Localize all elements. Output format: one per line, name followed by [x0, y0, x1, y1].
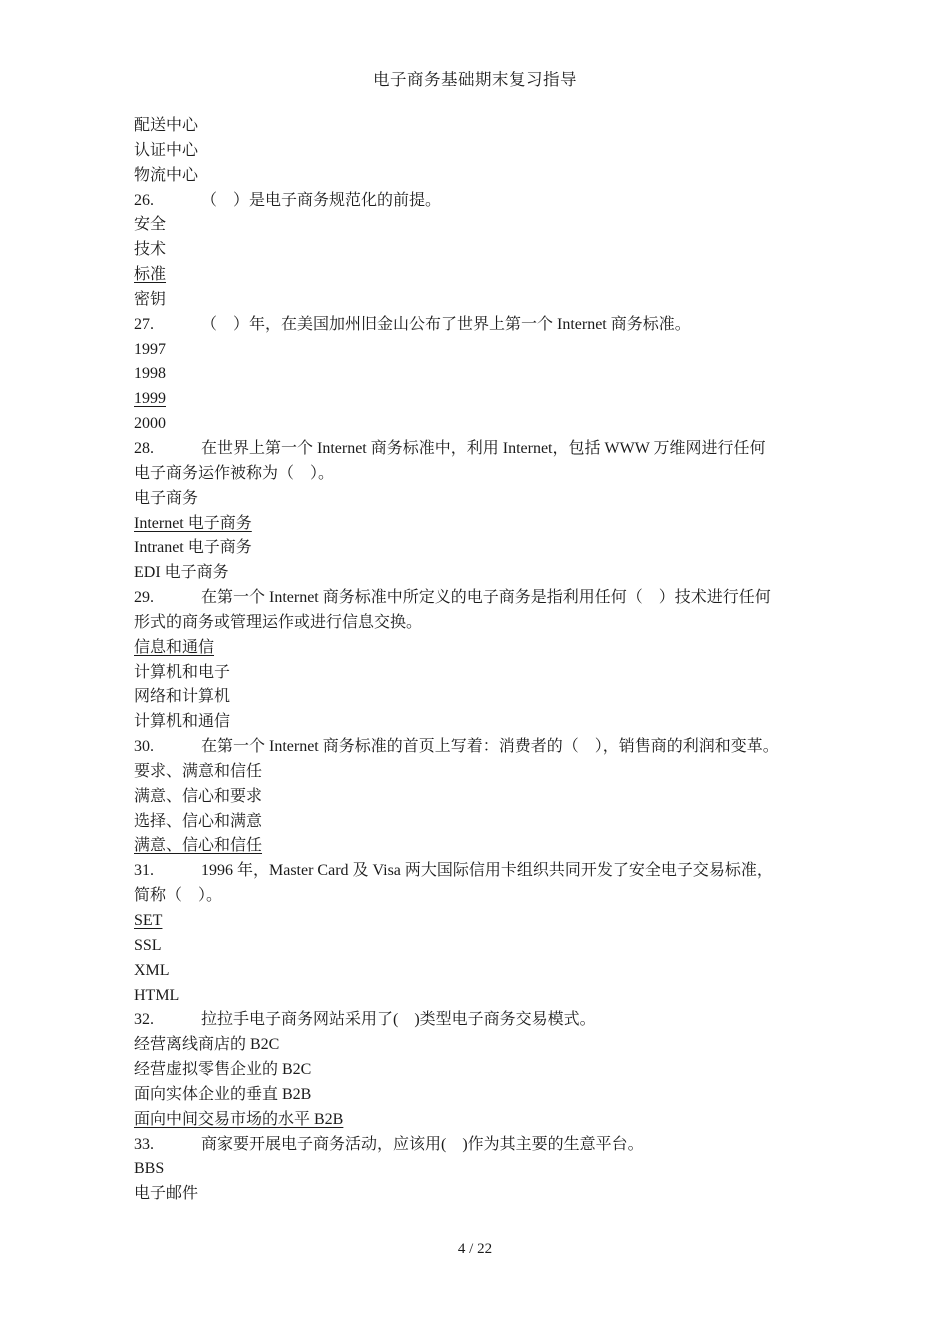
question-number: 29.	[134, 586, 201, 611]
option-text: 认证中心	[134, 142, 198, 159]
answer-option: BBS	[134, 1157, 814, 1182]
question-stem: 27.（ ）年，在美国加州旧金山公布了世界上第一个 Internet 商务标准。	[134, 313, 814, 338]
page-footer: 4 / 22	[0, 1241, 950, 1258]
answer-option: 安全	[134, 213, 814, 238]
option-text: 计算机和电子	[134, 664, 230, 681]
question-text: （ ）是电子商务规范化的前提。	[201, 192, 441, 209]
question-stem: 28.在世界上第一个 Internet 商务标准中，利用 Internet，包括…	[134, 437, 814, 462]
question-text: 在世界上第一个 Internet 商务标准中，利用 Internet，包括 WW…	[201, 440, 766, 457]
question-block: 27.（ ）年，在美国加州旧金山公布了世界上第一个 Internet 商务标准。…	[134, 313, 814, 437]
option-text: 要求、满意和信任	[134, 763, 262, 780]
question-text: 1996 年，Master Card 及 Visa 两大国际信用卡组织共同开发了…	[201, 862, 773, 879]
question-number: 28.	[134, 437, 201, 462]
option-text: SSL	[134, 937, 162, 954]
question-block: 33.商家要开展电子商务活动，应该用( )作为其主要的生意平台。BBS电子邮件	[134, 1133, 814, 1208]
question-list: 配送中心认证中心物流中心26.（ ）是电子商务规范化的前提。安全技术标准密钥27…	[134, 114, 814, 1207]
answer-option: 2000	[134, 412, 814, 437]
option-text: 1999	[134, 390, 166, 407]
question-text: 在第一个 Internet 商务标准中所定义的电子商务是指利用任何（ ）技术进行…	[201, 589, 771, 606]
answer-option: 计算机和电子	[134, 661, 814, 686]
question-text: 在第一个 Internet 商务标准的首页上写着：消费者的（ ），销售商的利润和…	[201, 738, 779, 755]
answer-option: 面向实体企业的垂直 B2B	[134, 1083, 814, 1108]
question-text: （ ）年，在美国加州旧金山公布了世界上第一个 Internet 商务标准。	[201, 316, 691, 333]
option-text: XML	[134, 962, 170, 979]
question-stem-continued: 电子商务运作被称为（ ）。	[134, 462, 814, 487]
question-stem: 33.商家要开展电子商务活动，应该用( )作为其主要的生意平台。	[134, 1133, 814, 1158]
option-text: Internet 电子商务	[134, 515, 252, 532]
option-text: SET	[134, 912, 162, 929]
question-number: 27.	[134, 313, 201, 338]
option-text: BBS	[134, 1160, 164, 1177]
question-stem-continued: 形式的商务或管理运作或进行信息交换。	[134, 611, 814, 636]
answer-option: 网络和计算机	[134, 685, 814, 710]
answer-option-correct: 信息和通信	[134, 636, 814, 661]
answer-option: 电子商务	[134, 487, 814, 512]
question-text: 拉拉手电子商务网站采用了( )类型电子商务交易模式。	[201, 1011, 596, 1028]
question-stem: 32.拉拉手电子商务网站采用了( )类型电子商务交易模式。	[134, 1008, 814, 1033]
option-text: 2000	[134, 415, 166, 432]
option-text: 满意、信心和要求	[134, 788, 262, 805]
answer-option: 经营虚拟零售企业的 B2C	[134, 1058, 814, 1083]
option-text: HTML	[134, 987, 179, 1004]
question-number: 26.	[134, 189, 201, 214]
answer-option: 1997	[134, 338, 814, 363]
question-text: 商家要开展电子商务活动，应该用( )作为其主要的生意平台。	[201, 1136, 644, 1153]
answer-option: 要求、满意和信任	[134, 760, 814, 785]
page-total: 22	[477, 1241, 492, 1257]
answer-option: 计算机和通信	[134, 710, 814, 735]
option-text: Intranet 电子商务	[134, 539, 252, 556]
option-text: 计算机和通信	[134, 713, 230, 730]
answer-option-correct: Internet 电子商务	[134, 512, 814, 537]
option-text: 面向中间交易市场的水平 B2B	[134, 1111, 343, 1128]
answer-option: 满意、信心和要求	[134, 785, 814, 810]
option-text: 1997	[134, 341, 166, 358]
option-text: 电子邮件	[134, 1185, 198, 1202]
answer-option-correct: 1999	[134, 387, 814, 412]
option-text: 经营离线商店的 B2C	[134, 1036, 279, 1053]
option-text: 选择、信心和满意	[134, 813, 262, 830]
question-block: 29.在第一个 Internet 商务标准中所定义的电子商务是指利用任何（ ）技…	[134, 586, 814, 735]
question-text: 电子商务运作被称为（ ）。	[134, 465, 334, 482]
option-text: 密钥	[134, 291, 166, 308]
answer-option-correct: 满意、信心和信任	[134, 834, 814, 859]
question-block: 26.（ ）是电子商务规范化的前提。安全技术标准密钥	[134, 189, 814, 313]
document-title: 电子商务基础期末复习指导	[373, 70, 577, 89]
question-stem: 26.（ ）是电子商务规范化的前提。	[134, 189, 814, 214]
answer-option: 物流中心	[134, 164, 814, 189]
answer-option: Intranet 电子商务	[134, 536, 814, 561]
answer-option: EDI 电子商务	[134, 561, 814, 586]
answer-option: 技术	[134, 238, 814, 263]
answer-option: 配送中心	[134, 114, 814, 139]
option-text: 技术	[134, 241, 166, 258]
answer-option-correct: 面向中间交易市场的水平 B2B	[134, 1108, 814, 1133]
question-stem: 29.在第一个 Internet 商务标准中所定义的电子商务是指利用任何（ ）技…	[134, 586, 814, 611]
option-text: 电子商务	[134, 490, 198, 507]
answer-option: 密钥	[134, 288, 814, 313]
option-text: 网络和计算机	[134, 688, 230, 705]
answer-option-correct: 标准	[134, 263, 814, 288]
question-stem: 31.1996 年，Master Card 及 Visa 两大国际信用卡组织共同…	[134, 859, 814, 884]
answer-option-correct: SET	[134, 909, 814, 934]
question-block: 32.拉拉手电子商务网站采用了( )类型电子商务交易模式。经营离线商店的 B2C…	[134, 1008, 814, 1132]
question-number: 33.	[134, 1133, 201, 1158]
answer-option: 经营离线商店的 B2C	[134, 1033, 814, 1058]
option-text: 面向实体企业的垂直 B2B	[134, 1086, 311, 1103]
option-text: 安全	[134, 216, 166, 233]
question-stem: 30.在第一个 Internet 商务标准的首页上写着：消费者的（ ），销售商的…	[134, 735, 814, 760]
option-text: 配送中心	[134, 117, 198, 134]
question-text: 形式的商务或管理运作或进行信息交换。	[134, 614, 422, 631]
question-number: 31.	[134, 859, 201, 884]
option-text: 物流中心	[134, 167, 198, 184]
option-text: 1998	[134, 365, 166, 382]
question-text: 简称（ ）。	[134, 887, 222, 904]
answer-option: 电子邮件	[134, 1182, 814, 1207]
option-text: 经营虚拟零售企业的 B2C	[134, 1061, 311, 1078]
page-separator: /	[465, 1241, 477, 1257]
question-number: 30.	[134, 735, 201, 760]
question-number: 32.	[134, 1008, 201, 1033]
option-text: EDI 电子商务	[134, 564, 229, 581]
option-text: 标准	[134, 266, 166, 283]
answer-option: 1998	[134, 362, 814, 387]
question-block: 31.1996 年，Master Card 及 Visa 两大国际信用卡组织共同…	[134, 859, 814, 1008]
page-header: 电子商务基础期末复习指导	[0, 66, 950, 90]
answer-option: HTML	[134, 984, 814, 1009]
option-text: 满意、信心和信任	[134, 837, 262, 854]
answer-option: 选择、信心和满意	[134, 810, 814, 835]
answer-option: SSL	[134, 934, 814, 959]
question-stem-continued: 简称（ ）。	[134, 884, 814, 909]
question-block: 30.在第一个 Internet 商务标准的首页上写着：消费者的（ ），销售商的…	[134, 735, 814, 859]
answer-option: XML	[134, 959, 814, 984]
option-text: 信息和通信	[134, 639, 214, 656]
question-block: 28.在世界上第一个 Internet 商务标准中，利用 Internet，包括…	[134, 437, 814, 586]
answer-option: 认证中心	[134, 139, 814, 164]
